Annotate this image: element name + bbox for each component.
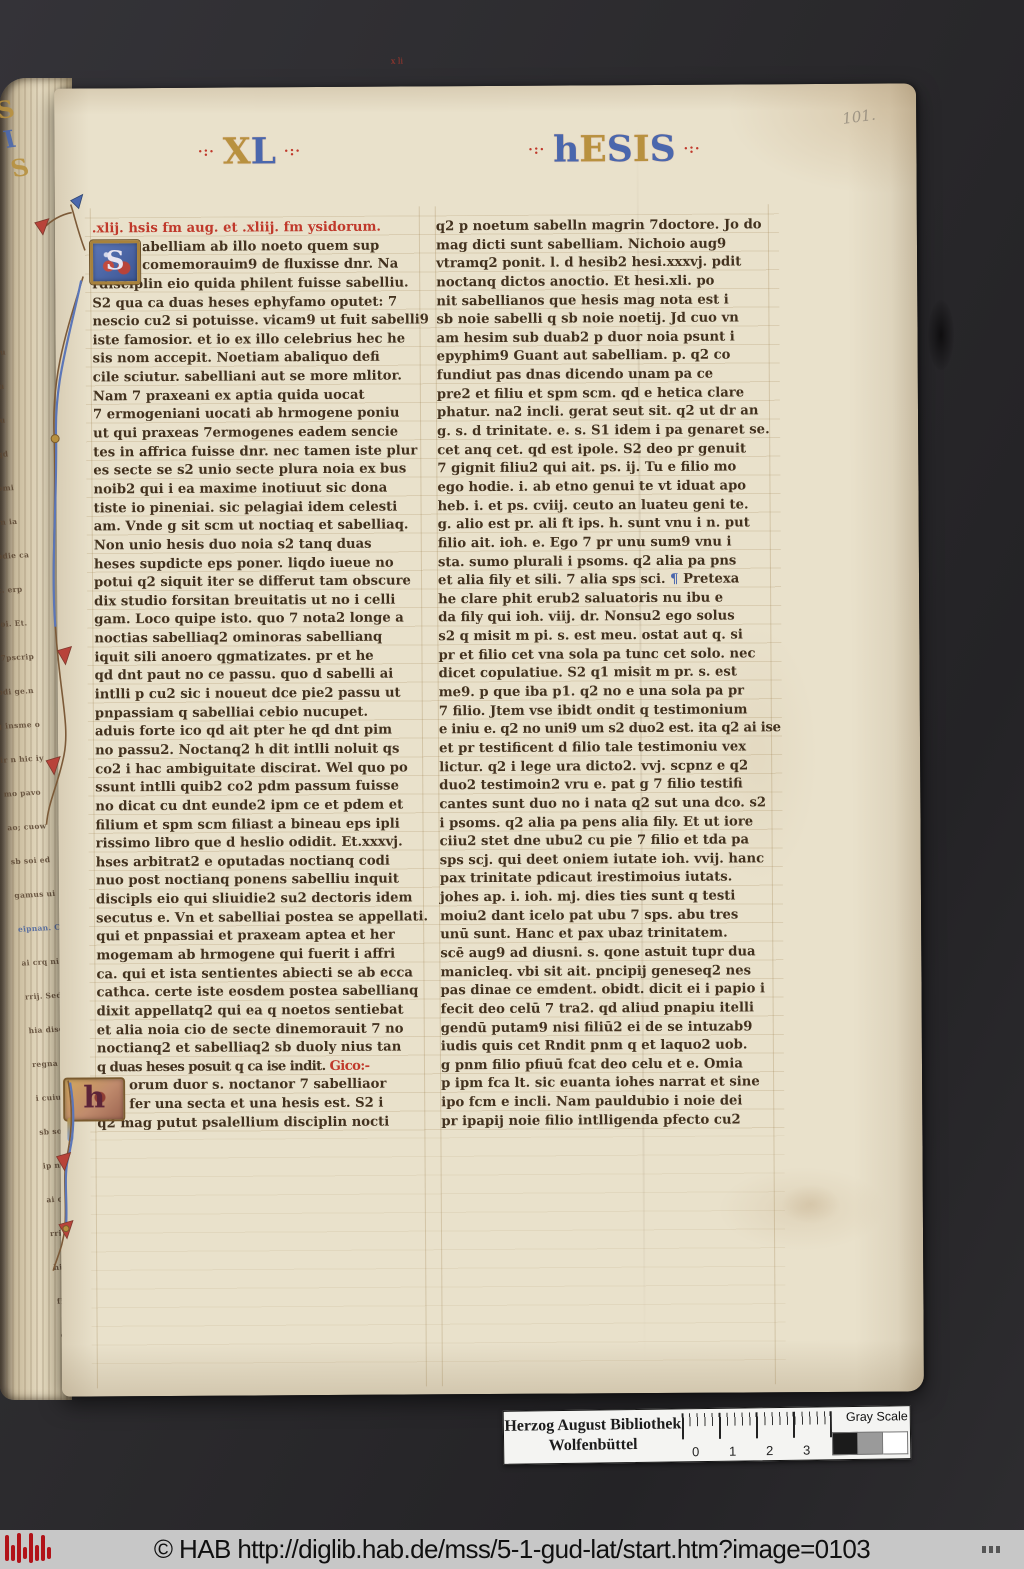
text-line: tiste io pineniai. sic pelagiai idem cel…: [94, 498, 421, 519]
logo-bar: [5, 1535, 9, 1561]
text-line: tes in affrica fuisse dnr. nec tamen ist…: [93, 442, 420, 463]
running-title-letter: S: [607, 128, 633, 170]
running-title-letter: I: [633, 128, 650, 170]
gloss-line: si ep ao u: [0, 369, 27, 406]
gray-scale-block: Gray Scale: [834, 1406, 911, 1459]
text-line: phatur. na2 incli. gerat seut sit. q2 ut…: [437, 403, 769, 424]
text-line: iquit sili anoero qgmatizates. pr et he: [94, 647, 421, 668]
text-line: q2 p noetum sabelln magrin 7doctore. Jo …: [436, 216, 768, 237]
text-line: es secte se s2 unio secte plura noia ex …: [93, 461, 420, 482]
library-name-line1: Herzog August Bibliothek: [504, 1414, 682, 1436]
text-line: p ipm fca lt. sic euanta iohes narrat et…: [441, 1074, 773, 1095]
copyright-caption: © HAB http://diglib.hab.de/mss/5-1-gud-l…: [154, 1534, 870, 1565]
text-line: discipls eio qui sliuidie2 su2 dectoris …: [96, 889, 423, 910]
text-line: rdisciplin eio quida philent fuisse sabe…: [92, 274, 419, 295]
text-line: qd dnt paut no ce passu. quo d sabelli a…: [95, 666, 422, 687]
penwork-ornament: ·:·: [284, 144, 301, 159]
text-line: sps scj. qui deet oniem iutate ioh. vvij…: [440, 850, 772, 871]
text-line: heb. i. et ps. cviij. ceuto an luateu ge…: [438, 496, 770, 517]
ruler-number: 2: [751, 1443, 788, 1459]
text-line: co2 i hac ambiguitate discirat. Wel quo …: [95, 759, 422, 780]
curl-title-letter: S: [8, 152, 33, 184]
text-line: am hesim sub duab2 p duor noia psunt i: [436, 328, 768, 349]
text-line: dix studio forsitan breuitatis ut no i c…: [94, 591, 421, 612]
text-line: vtramq2 ponit. l. d hesib2 hesi.xxxvj. p…: [436, 254, 768, 275]
curl-title-letter: I: [0, 123, 25, 155]
text-line: et alia noia cio de secte dinemorauit 7 …: [97, 1020, 424, 1041]
text-line: me9. p que iba p1. q2 no e una sola pa p…: [439, 682, 771, 703]
running-title-letter: L: [251, 130, 277, 172]
text-line: Nam 7 praxeani ex aptia quida uocat: [93, 386, 420, 407]
library-name-line2: Wolfenbüttel: [504, 1434, 682, 1456]
text-line: cet anq cet. qd est ipole. S2 deo pr gen…: [437, 440, 769, 461]
text-line: secutus e. Vn et sabelliai postea se app…: [96, 908, 423, 929]
previous-page-running-title: SIS: [0, 94, 32, 184]
text-line: q duas heses posuit q ca ise indit. Gico…: [97, 1057, 424, 1078]
text-line: pr et filio cet vna sola pa tunc cet sol…: [438, 645, 770, 666]
text-line: intlli p cu2 sic i noueut dce pie2 passu…: [95, 684, 422, 705]
ruler-numbers: 01234: [677, 1442, 837, 1459]
gray-scale-patch: [858, 1432, 883, 1455]
text-line: da fily qui ioh. viij. dr. Nonsu2 ego so…: [438, 608, 770, 629]
text-line: ciiu2 stet dne ubu2 cu pie 7 filio et td…: [440, 831, 772, 852]
text-line: 7 filio. Jtem vse ibidt ondit q testimon…: [439, 701, 771, 722]
ruler-cm-ticks: [682, 1411, 832, 1439]
penwork-ornament: ·:·: [684, 141, 701, 156]
text-line: i psoms. q2 alia pa pens alia fily. Et u…: [439, 813, 771, 834]
text-line: Non unio hesis duo noia s2 tanq duas: [94, 535, 421, 556]
running-title-left: ·:· XL ·:·: [194, 131, 304, 172]
hab-logo-icon: [5, 1532, 61, 1567]
gray-scale-label: Gray Scale: [846, 1409, 908, 1424]
logo-bar: [47, 1547, 51, 1559]
text-line: nescio cu2 si potuisse. vicam9 ut fuit s…: [92, 312, 419, 333]
text-line: cile sciutur. sabelliani aut se more mli…: [93, 368, 420, 389]
text-line: mogemam ab hrmogene qui fuerit i affri: [96, 945, 423, 966]
penwork-ornament: ·:·: [198, 144, 215, 159]
text-line: gendū putam9 nisi filiū2 ei de se intuza…: [441, 1018, 773, 1039]
gloss-line: caagis alit: [0, 267, 16, 304]
text-line: ca. qui et ista sentientes abiecti se ab…: [96, 964, 423, 985]
text-line: noctanq dictos anoctio. Et hesi.xli. po: [436, 272, 768, 293]
parchment-stain: [781, 1184, 841, 1224]
text-line: dixit appellatq2 qui ea q noetos sentieb…: [97, 1001, 424, 1022]
ruling-lines-lower: [90, 1135, 785, 1379]
gloss-line: i cilla odiu: [0, 335, 23, 372]
text-line: orum duor s. noctanor 7 sabelliaor: [97, 1076, 424, 1097]
text-line: g pnm filio pfiuū fcat deo celu et e. Om…: [441, 1055, 773, 1076]
text-line: hses arbitrat2 e oputadas noctianq codi: [96, 852, 423, 873]
text-line: cathca. certe iste eosdem postea sabelli…: [96, 983, 423, 1004]
text-line: sis nom accepit. Noetiam abaliquo defi: [93, 349, 420, 370]
folio-number: 101.: [841, 106, 876, 128]
text-line: gam. Loco quipe isto. quo 7 nota2 longe …: [94, 610, 421, 631]
text-line: fundiut pas dnas dicendo unam pa ce: [437, 365, 769, 386]
ruler-number: 0: [677, 1444, 714, 1460]
text-line: he clare phit erub2 saluatoris nu ibu e: [438, 589, 770, 610]
text-line: am. Vnde g sit scm ut noctiaq et sabelli…: [94, 517, 421, 538]
text-line: ego hodie. i. ab etno genui te vt iduat …: [437, 477, 769, 498]
text-line: sta. sumo plurali i psoms. q2 alia pa pn…: [438, 552, 770, 573]
logo-bar: [17, 1533, 21, 1563]
text-line: g. alio est pr. ali ft ips. h. sunt vnu …: [438, 515, 770, 536]
text-line: ssunt intlli quib2 co2 pdm passum fuisse: [95, 778, 422, 799]
text-line: sb noie sabelli q sb noie noetij. Jd cuo…: [436, 309, 768, 330]
text-line: fecit deo celū 7 tra2. qd aliud pnapiu i…: [441, 999, 773, 1020]
text-line: no passu2. Noctanq2 h dit intlli noluit …: [95, 740, 422, 761]
text-column-right: q2 p noetum sabelln magrin 7doctore. Jo …: [436, 216, 774, 1131]
gloss-line: aur. 7 ati: [0, 301, 20, 338]
running-title-letter: X: [223, 130, 251, 172]
manuscript-page: x li ·:· XL ·:· ·:· hESIS ·:· 101.: [54, 83, 924, 1396]
text-line: moiu2 dant icelo pat ubu 7 sps. abu tres: [440, 906, 772, 927]
text-line: unū sunt. Hanc et pax ubaz trinitatem.: [440, 925, 772, 946]
quire-signature-mark: x li: [391, 57, 403, 66]
text-line: lictur. q2 i lege ura dicto2. vvj. scpnz…: [439, 757, 771, 778]
centimeter-ruler: 01234: [682, 1407, 835, 1461]
text-line: iste famosior. et io ex illo celebrius h…: [93, 330, 420, 351]
text-line: ipo fcm e incli. Nam pauldubio i noie de…: [441, 1092, 773, 1113]
text-line: noib2 qui i ea maxime inotiuut sic dona: [93, 479, 420, 500]
running-title-right-letters: hESIS: [553, 129, 676, 170]
tiny-print-marks: [982, 1546, 1000, 1553]
text-line: g. s. d trinitate. e. s. S1 idem i pa ge…: [437, 421, 769, 442]
running-title-letter: E: [579, 128, 607, 170]
gray-scale-patches: [832, 1431, 908, 1455]
text-line: e iniu e. q2 no uni9 um s2 duo2 est. ita…: [439, 720, 771, 741]
caption-bar: © HAB http://diglib.hab.de/mss/5-1-gud-l…: [0, 1530, 1024, 1569]
text-line: q2 mag putut psalellium disciplin nocti: [97, 1113, 424, 1134]
text-line: et alia fily et sili. 7 alia sps sci. ¶ …: [438, 570, 770, 591]
text-line: noctianq2 et sabelliaq2 sb duoly nius ta…: [97, 1039, 424, 1060]
text-line: filio ait. ioh. e. Ego 7 pr unu sum9 vnu…: [438, 533, 770, 554]
logo-bar: [11, 1545, 15, 1561]
library-scale-card: Herzog August Bibliothek Wolfenbüttel 01…: [503, 1405, 912, 1465]
library-name: Herzog August Bibliothek Wolfenbüttel: [504, 1409, 683, 1463]
text-line: pre2 et filiu et spm scm. qd e hetica cl…: [437, 384, 769, 405]
text-line: mag dicti sunt sabelliam. Nichoio aug9: [436, 235, 768, 256]
gray-scale-patch: [832, 1432, 858, 1455]
text-line: pax trinitate pdicaut irestimoius iutats…: [440, 869, 772, 890]
text-line: scē aug9 ad diusni. s. qone astuit tupr …: [440, 943, 772, 964]
text-line: S2 qua ca duas heses ephyfamo oputet: 7: [92, 293, 419, 314]
blue-paraph-mark: ¶: [670, 572, 678, 587]
text-line: pas dinae ce emdent. obidt. dicit ei i p…: [440, 981, 772, 1002]
running-title-letter: S: [649, 128, 675, 170]
text-line: cantes sunt duo no i nata q2 sut una dco…: [439, 794, 771, 815]
text-line: nuo post noctianq ponens sabelliu inquit: [96, 871, 423, 892]
logo-bar: [29, 1533, 33, 1563]
ruler-number: 3: [788, 1442, 825, 1458]
text-line: nit sabellianos que hesis mag nota est i: [436, 291, 768, 312]
text-line: comemorauim9 de fluxisse dnr. Na: [92, 256, 419, 277]
gray-scale-patch: [883, 1431, 908, 1454]
penwork-ornament: ·:·: [528, 142, 545, 157]
text-line: noctias sabelliaq2 ominoras sabellianq: [94, 629, 421, 650]
text-line: johes ap. i. ioh. mj. dies ties sunt q t…: [440, 887, 772, 908]
text-column-left: S h .xlij. hsis fm aug. et .xliij. fm ys…: [92, 218, 425, 1133]
text-line: epyphim9 Guant aut sabelliam. p. q2 co: [437, 347, 769, 368]
ruler-number: 1: [714, 1443, 751, 1459]
running-title-right: ·:· hESIS ·:·: [509, 129, 719, 170]
text-line: heses supdicte eps poner. liqdo iueue no: [94, 554, 421, 575]
text-line: .xlij. hsis fm aug. et .xliij. fm ysidor…: [92, 218, 419, 239]
text-line: ut qui praxeas 7ermogenes eadem sencie: [93, 423, 420, 444]
text-line: rissimo libro que d heslio odidit. Et.xx…: [96, 834, 423, 855]
text-line: qui et pnpassiai et praxeam aptea et her: [96, 927, 423, 948]
logo-bar: [41, 1535, 45, 1561]
text-line: fer una secta et una hesis est. S2 i: [97, 1095, 424, 1116]
text-line: s2 q misit m pi. s. est meu. ostat aut q…: [438, 626, 770, 647]
text-line: 7 ermogeniani uocati ab hrmogene poniu: [93, 405, 420, 426]
illuminated-initial-s: S: [90, 240, 140, 284]
text-line: duo2 testimoin2 vru e. pat g 7 filio tes…: [439, 775, 771, 796]
red-ink-note: Gico:-: [326, 1059, 370, 1074]
text-line: abelliam ab illo noeto quem sup: [92, 237, 419, 258]
logo-bar: [23, 1547, 27, 1559]
text-line: dicet copulatiue. S2 q1 misit m pr. s. e…: [439, 664, 771, 685]
text-line: pr ipapij noie filio intlligenda pfecto …: [441, 1111, 773, 1132]
text-line: aduis forte ico qd ait pter he qd dnt pi…: [95, 722, 422, 743]
text-line: pnpassiam q sabelliai cebio nucupet.: [95, 703, 422, 724]
text-line: 7 gignit filiu2 qui ait. ps. ij. Tu e fi…: [437, 459, 769, 480]
text-line: et pr testificent d filio tale testimoni…: [439, 738, 771, 759]
gloss-line: mi.rvij.: [0, 233, 13, 270]
background-shadow-blob: [928, 300, 954, 370]
text-line: no dicat cu dnt eunde2 ipm ce et pdem et: [95, 796, 422, 817]
running-title-letter: h: [553, 128, 579, 170]
text-line: iudis quis cet Rndit pnm q et laquo2 uob…: [441, 1036, 773, 1057]
text-line: filium et spm scm filiast a bineau eps i…: [95, 815, 422, 836]
gloss-line: o dsuplicy: [0, 199, 9, 236]
margin-vine-decoration: [25, 184, 104, 1394]
text-line: potui q2 siquit iter se differut tam obs…: [94, 573, 421, 594]
text-line: manicleq. vbi sit ait. pncipij geneseq2 …: [440, 962, 772, 983]
curl-title-letter: S: [0, 94, 18, 126]
logo-bar: [35, 1545, 39, 1561]
running-title-left-letters: XL: [223, 131, 276, 171]
